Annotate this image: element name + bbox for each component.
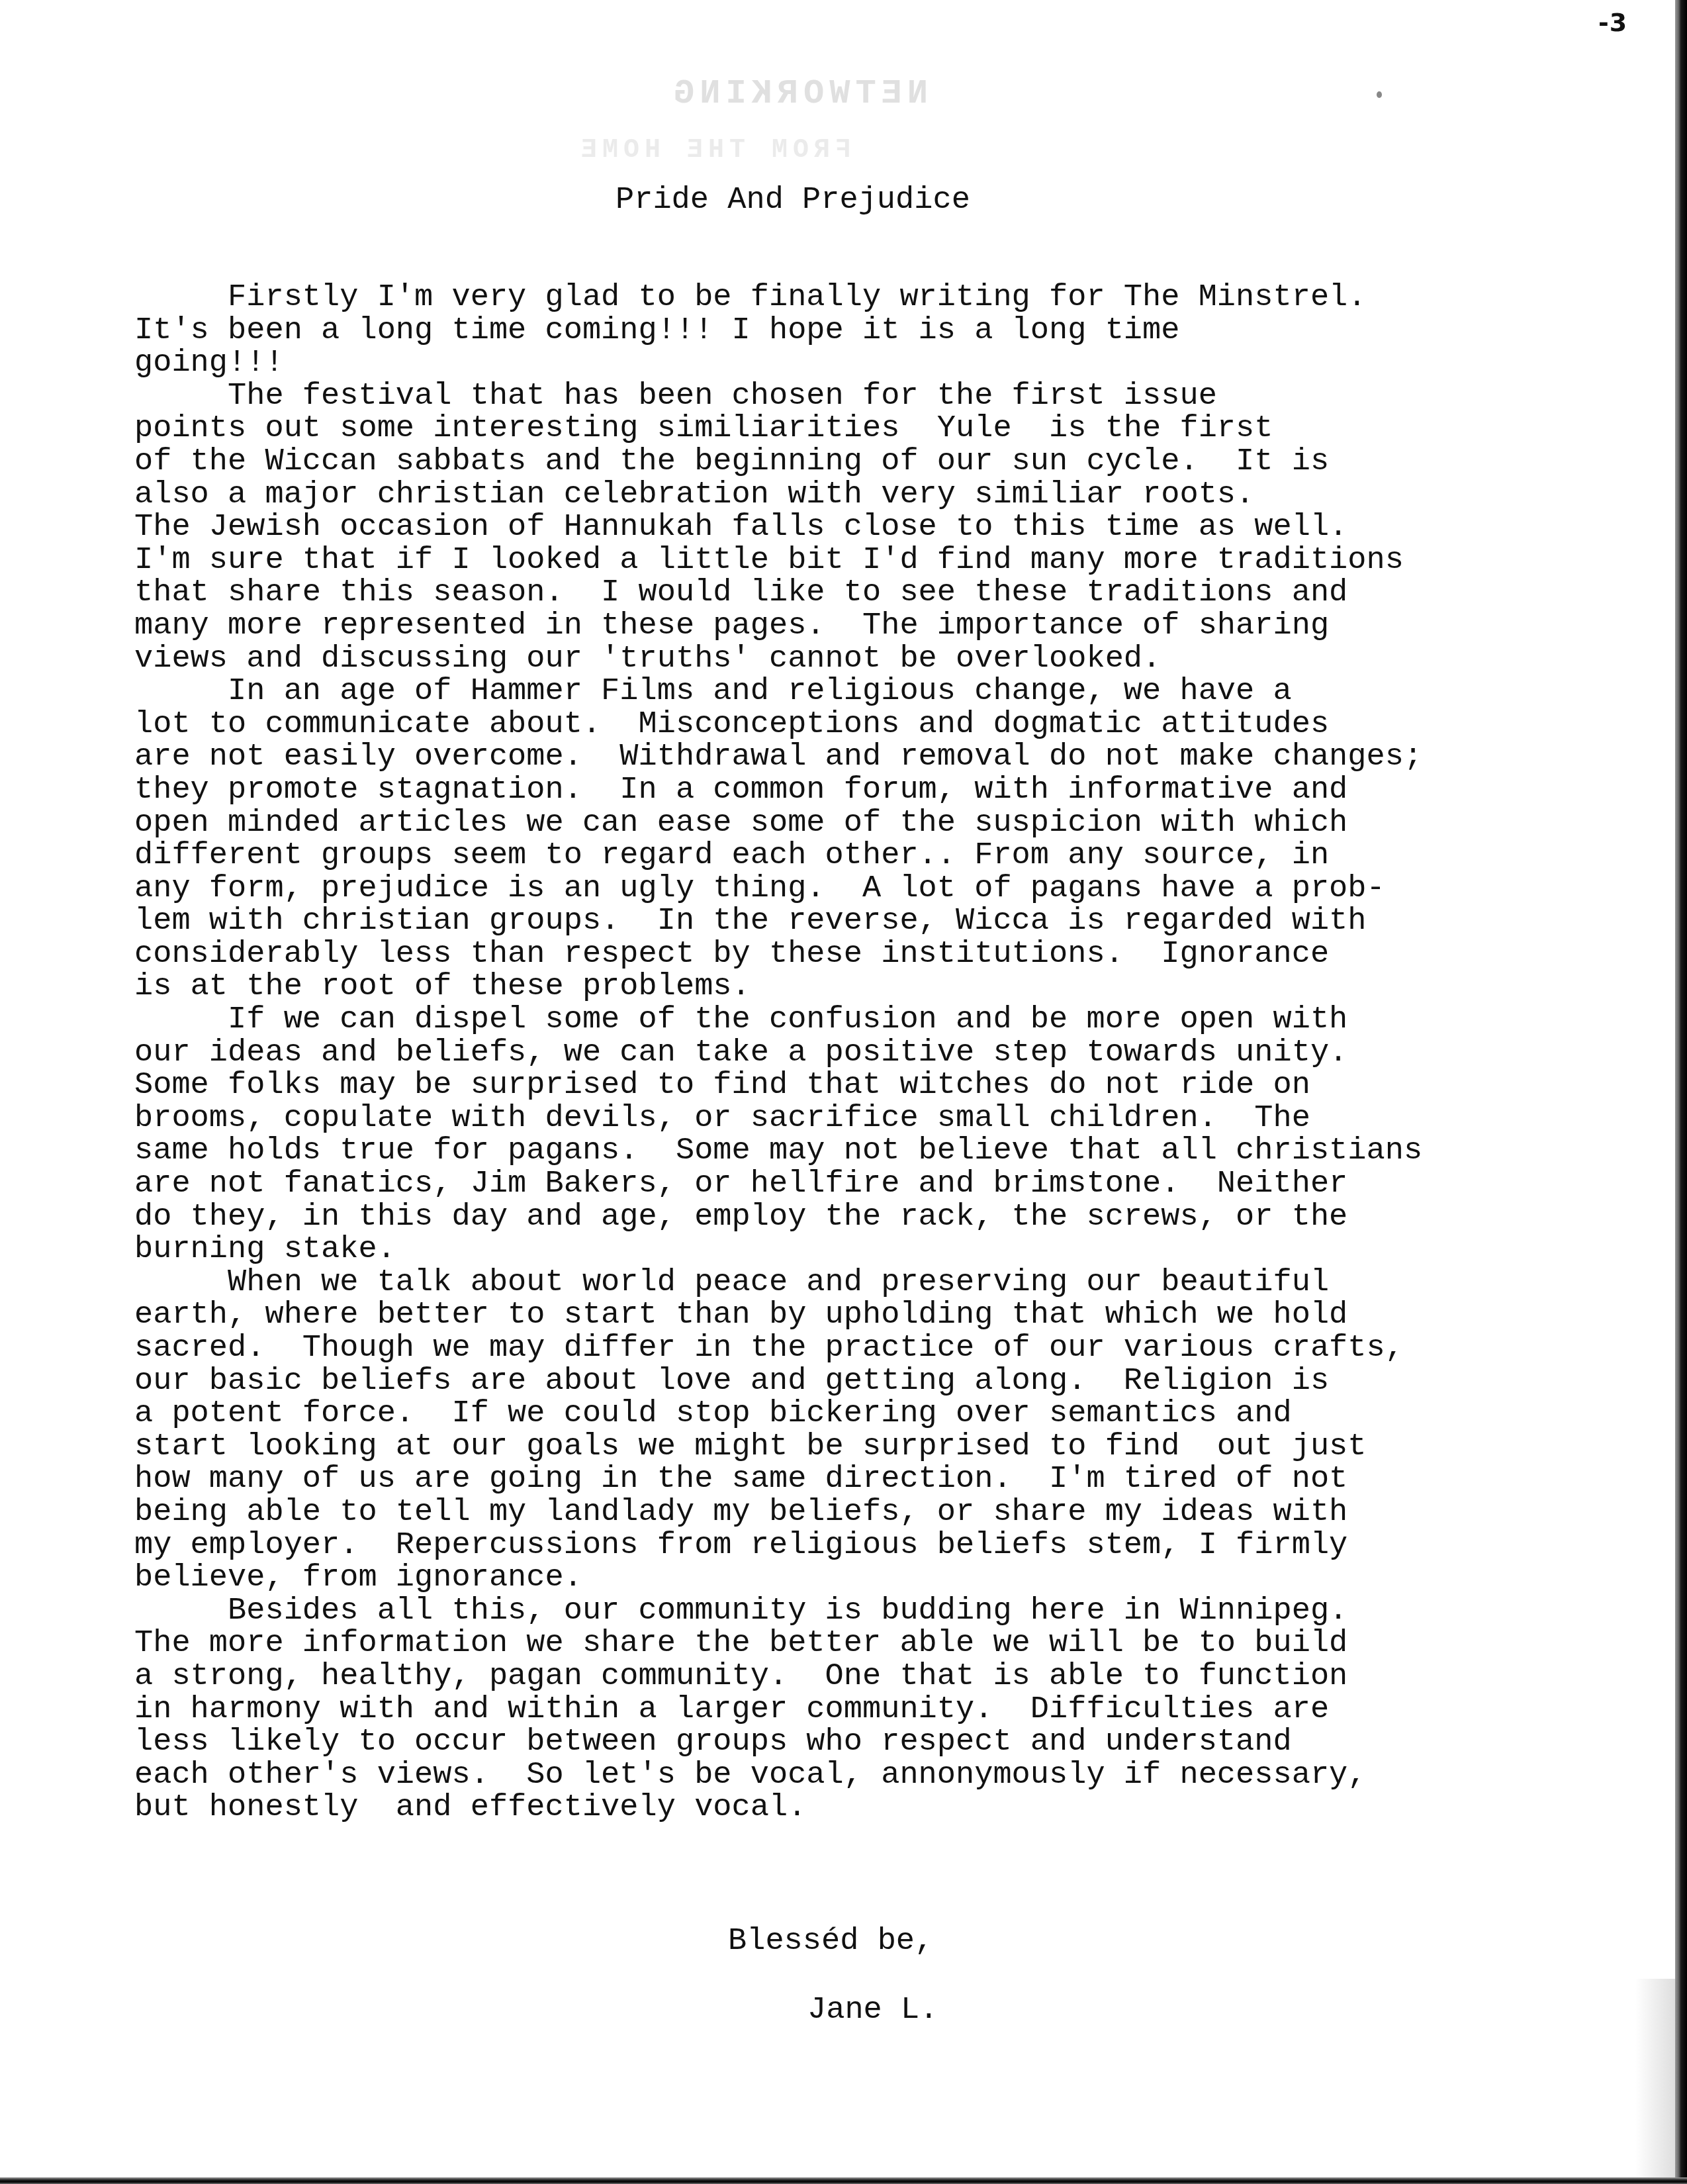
body-line: going!!! (134, 347, 1422, 380)
scan-edge-right (1675, 0, 1687, 2184)
article-body: Firstly I'm very glad to be finally writ… (134, 281, 1422, 1825)
body-line: earth, where better to start than by uph… (134, 1299, 1422, 1332)
body-line: lem with christian groups. In the revers… (134, 905, 1422, 938)
body-line: The more information we share the better… (134, 1627, 1422, 1660)
article-title: Pride And Prejudice (616, 184, 970, 217)
body-line: start looking at our goals we might be s… (134, 1431, 1422, 1464)
body-line: If we can dispel some of the confusion a… (134, 1004, 1422, 1037)
body-line: burning stake. (134, 1233, 1422, 1266)
body-line: It's been a long time coming!!! I hope i… (134, 314, 1422, 348)
body-line: In an age of Hammer Films and religious … (134, 675, 1422, 708)
body-line: but honestly and effectively vocal. (134, 1791, 1422, 1825)
body-line: views and discussing our 'truths' cannot… (134, 643, 1422, 676)
body-line: brooms, copulate with devils, or sacrifi… (134, 1102, 1422, 1135)
body-line: less likely to occur between groups who … (134, 1726, 1422, 1759)
body-line: how many of us are going in the same dir… (134, 1463, 1422, 1496)
closing-salutation: Blesséd be, (728, 1925, 933, 1958)
body-line: is at the root of these problems. (134, 971, 1422, 1004)
body-line: also a major christian celebration with … (134, 479, 1422, 512)
scan-speck (1377, 91, 1382, 98)
body-line: a strong, healthy, pagan community. One … (134, 1660, 1422, 1693)
body-line: The Jewish occasion of Hannukah falls cl… (134, 511, 1422, 544)
bleed-through-heading: NETWORKING (668, 74, 928, 113)
body-line: are not easily overcome. Withdrawal and … (134, 741, 1422, 774)
bleed-through-subheading: FROM THE HOME (576, 136, 851, 166)
body-line: of the Wiccan sabbats and the beginning … (134, 446, 1422, 479)
body-line: our basic beliefs are about love and get… (134, 1365, 1422, 1398)
body-line: Besides all this, our community is buddi… (134, 1595, 1422, 1628)
body-line: that share this season. I would like to … (134, 577, 1422, 610)
body-line: any form, prejudice is an ugly thing. A … (134, 873, 1422, 906)
body-line: are not fanatics, Jim Bakers, or hellfir… (134, 1168, 1422, 1201)
body-line: they promote stagnation. In a common for… (134, 774, 1422, 807)
body-line: When we talk about world peace and prese… (134, 1266, 1422, 1300)
body-line: Some folks may be surprised to find that… (134, 1069, 1422, 1102)
body-line: same holds true for pagans. Some may not… (134, 1135, 1422, 1168)
body-line: different groups seem to regard each oth… (134, 839, 1422, 873)
body-line: each other's views. So let's be vocal, a… (134, 1759, 1422, 1792)
body-line: considerably less than respect by these … (134, 938, 1422, 971)
body-line: I'm sure that if I looked a little bit I… (134, 544, 1422, 577)
body-line: open minded articles we can ease some of… (134, 807, 1422, 840)
page-number: -3 (1598, 8, 1627, 37)
body-line: in harmony with and within a larger comm… (134, 1693, 1422, 1727)
body-line: lot to communicate about. Misconceptions… (134, 708, 1422, 741)
scan-edge-bottom (0, 2177, 1687, 2184)
body-line: many more represented in these pages. Th… (134, 610, 1422, 643)
scan-corner-shadow (1635, 1979, 1675, 2177)
document-page: NETWORKING FROM THE HOME -3 Pride And Pr… (0, 0, 1687, 2184)
body-line: a potent force. If we could stop bickeri… (134, 1398, 1422, 1431)
body-line: our ideas and beliefs, we can take a pos… (134, 1037, 1422, 1070)
body-line: points out some interesting similiaritie… (134, 412, 1422, 446)
body-line: do they, in this day and age, employ the… (134, 1201, 1422, 1234)
body-line: my employer. Repercussions from religiou… (134, 1529, 1422, 1562)
author-signature: Jane L. (807, 1994, 938, 2027)
body-line: The festival that has been chosen for th… (134, 380, 1422, 413)
body-line: being able to tell my landlady my belief… (134, 1496, 1422, 1529)
body-line: sacred. Though we may differ in the prac… (134, 1332, 1422, 1365)
body-line: Firstly I'm very glad to be finally writ… (134, 281, 1422, 314)
body-line: believe, from ignorance. (134, 1562, 1422, 1595)
